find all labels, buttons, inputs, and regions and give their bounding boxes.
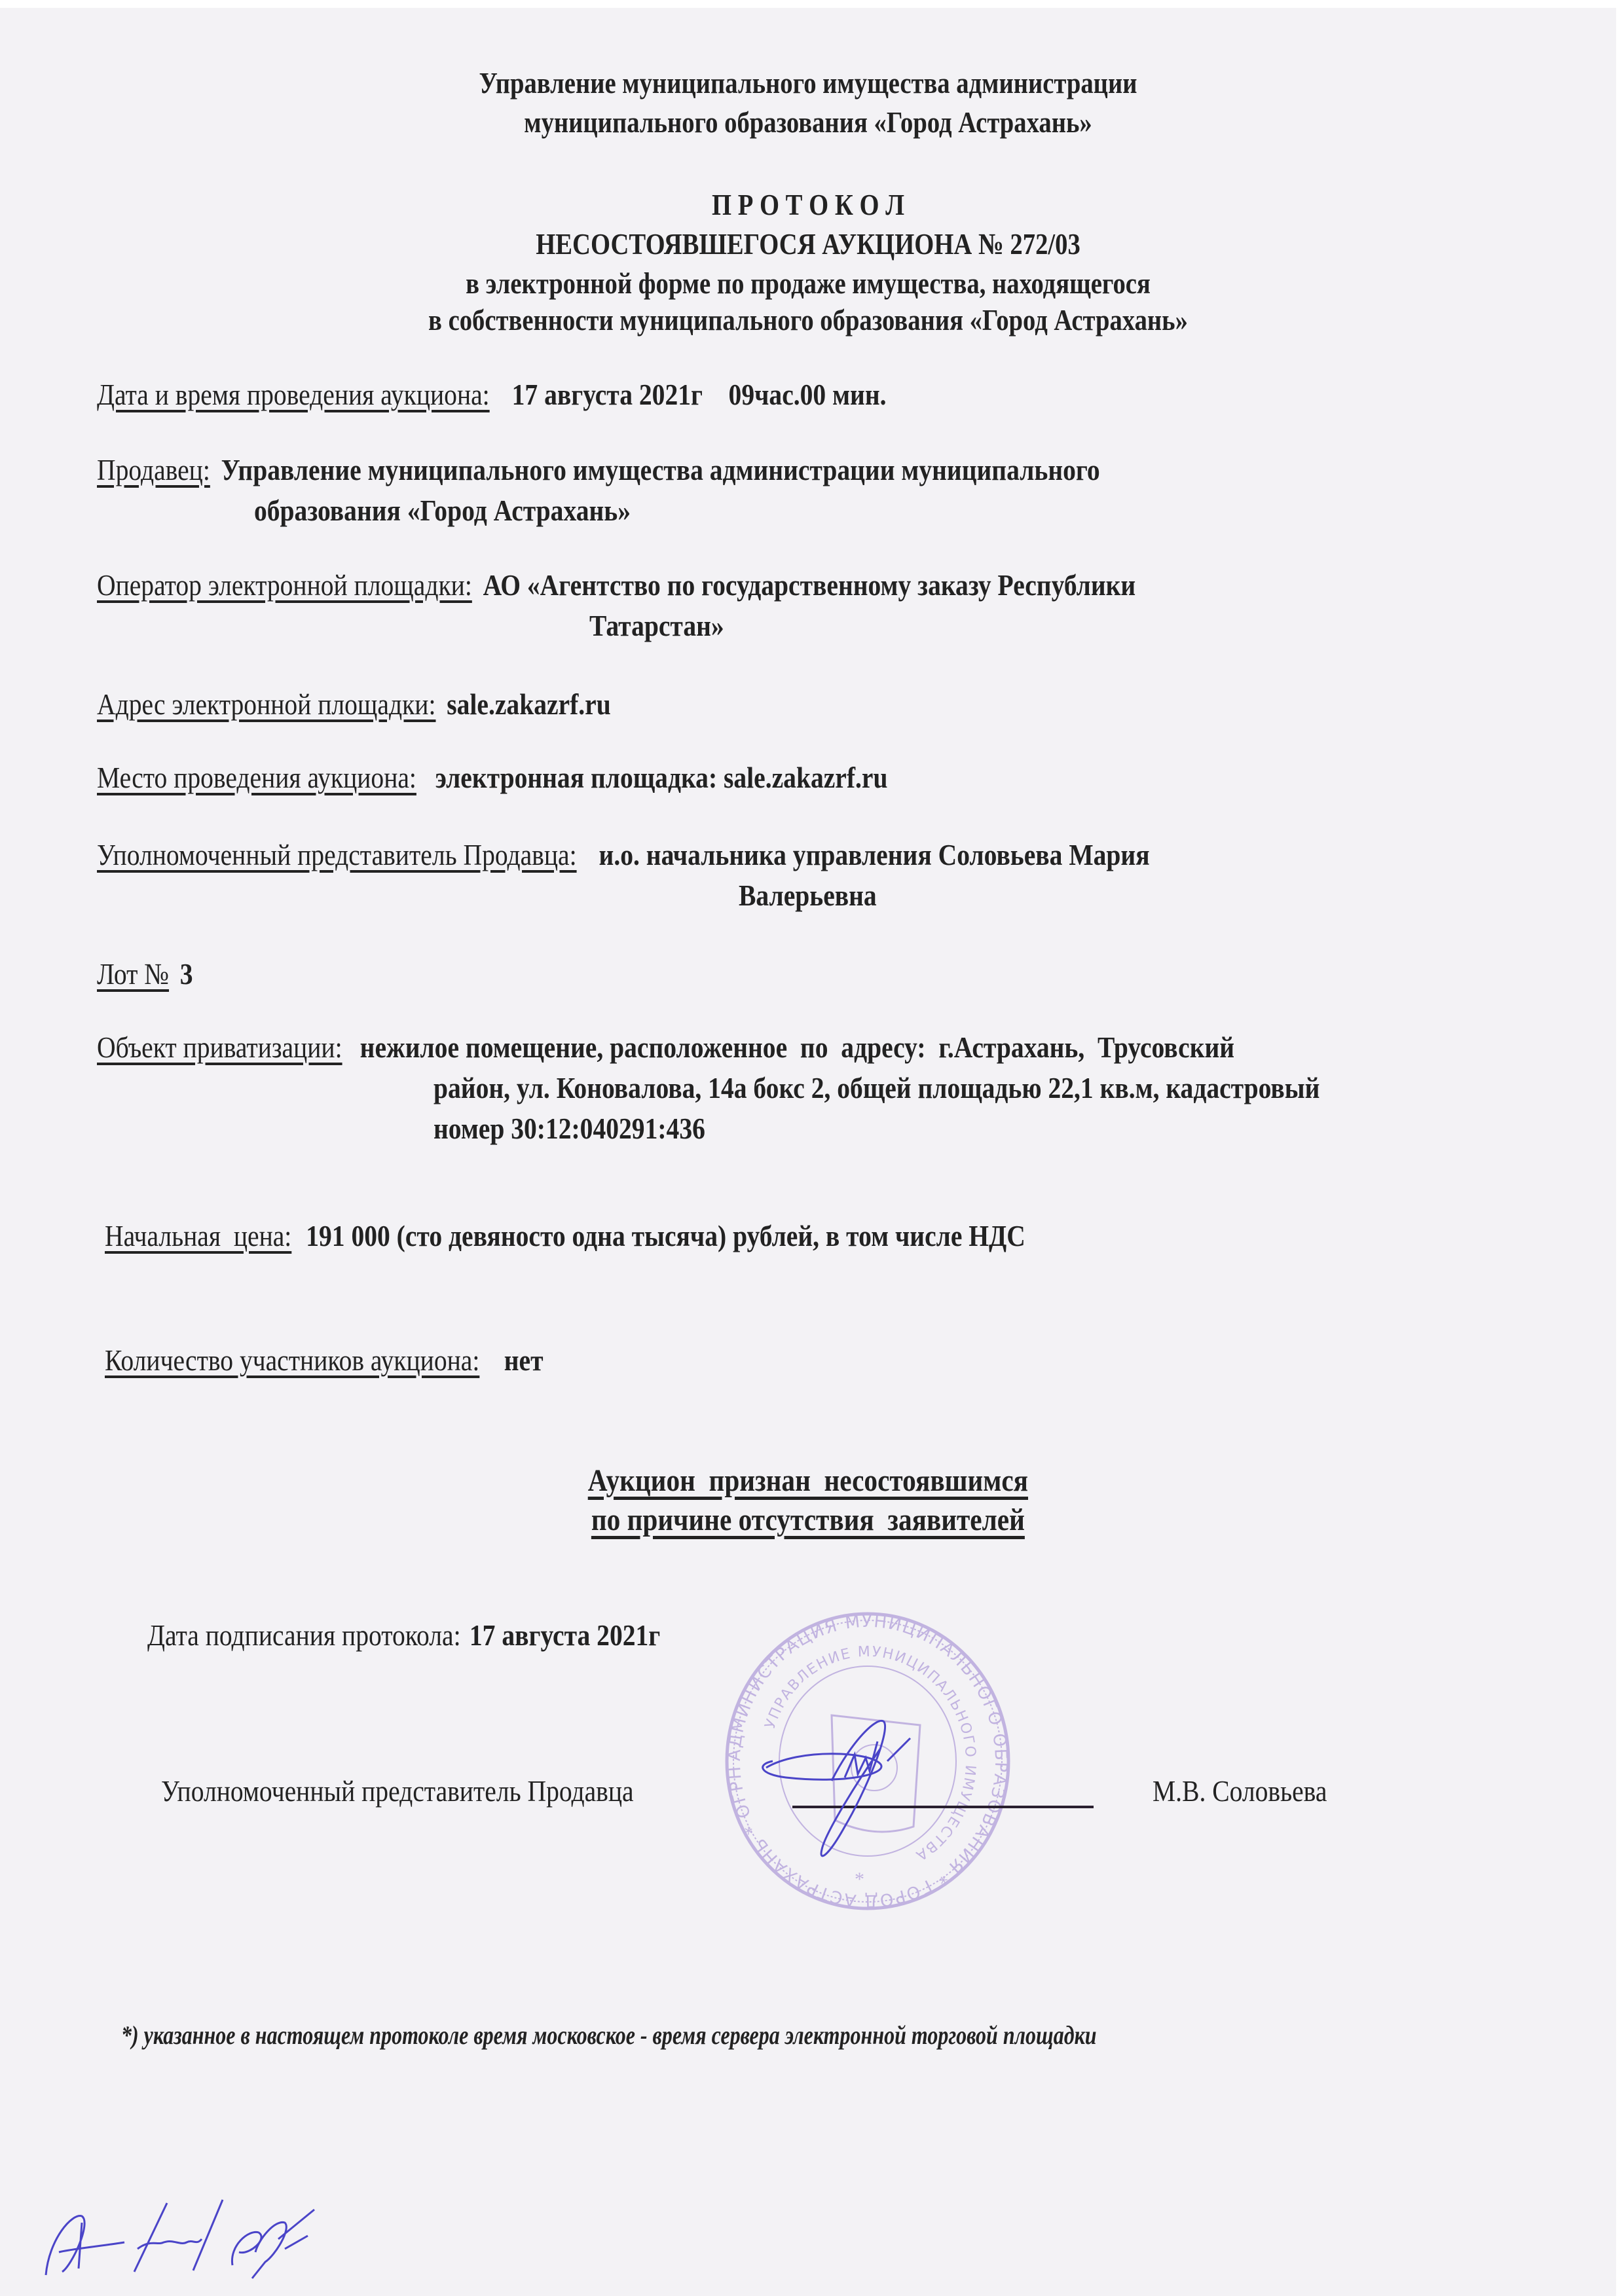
representative-signature-label: Уполномоченный представитель Продавца bbox=[161, 1774, 634, 1808]
field-platform-operator: Оператор электронной площадки: АО «Агент… bbox=[97, 567, 1135, 604]
participants-count-value: нет bbox=[504, 1343, 544, 1377]
org-line-1: Управление муниципального имущества адми… bbox=[129, 65, 1486, 101]
auction-datetime-label: Дата и время проведения аукциона: bbox=[97, 378, 490, 411]
signer-name: М.В. Соловьева bbox=[1153, 1773, 1327, 1810]
verdict-line-1: Аукцион признан несостоявшимся bbox=[0, 1460, 1616, 1502]
field-platform-address: Адрес электронной площадки: sale.zakazrf… bbox=[97, 686, 611, 723]
field-auction-place: Место проведения аукциона: электронная п… bbox=[97, 759, 887, 796]
lot-value: 3 bbox=[180, 957, 193, 991]
document-header: Управление муниципального имущества адми… bbox=[0, 65, 1616, 338]
seller-label: Продавец: bbox=[97, 453, 210, 486]
auction-place-label: Место проведения аукциона: bbox=[97, 761, 416, 794]
platform-address-value: sale.zakazrf.ru bbox=[447, 687, 610, 721]
starting-price-label: Начальная цена: bbox=[105, 1219, 291, 1252]
field-participants-count: Количество участников аукциона: нет bbox=[105, 1342, 544, 1379]
footnote: *) указанное в настоящем протоколе время… bbox=[121, 2020, 1097, 2050]
subtitle-line-1: в электронной форме по продаже имущества… bbox=[129, 266, 1486, 301]
privatization-object-value-line-1: нежилое помещение, расположенное по адре… bbox=[360, 1030, 1234, 1064]
platform-address-label: Адрес электронной площадки: bbox=[97, 687, 435, 721]
committee-signatures-icon bbox=[33, 2193, 386, 2285]
document-page bbox=[0, 8, 1616, 2296]
seller-value-line-2: образования «Город Астрахань» bbox=[254, 492, 631, 529]
signature-block: Уполномоченный представитель Продавца bbox=[161, 1773, 634, 1810]
platform-operator-value-line-1: АО «Агентство по государственному заказу… bbox=[483, 568, 1136, 602]
representative-value-line-2: Валерьевна bbox=[739, 877, 877, 914]
field-auction-datetime: Дата и время проведения аукциона: 17 авг… bbox=[97, 376, 887, 413]
handwritten-signature-icon bbox=[747, 1702, 930, 1866]
starting-price-value: 191 000 (сто девяносто одна тысяча) рубл… bbox=[306, 1219, 1025, 1252]
seller-value-line-1: Управление муниципального имущества адми… bbox=[221, 453, 1100, 486]
privatization-object-value-line-3: номер 30:12:040291:436 bbox=[434, 1110, 705, 1147]
svg-text:*: * bbox=[855, 1868, 864, 1890]
field-seller: Продавец: Управление муниципального имущ… bbox=[97, 452, 1100, 488]
subtitle-line-2: в собственности муниципального образован… bbox=[129, 302, 1486, 338]
org-line-2: муниципального образования «Город Астрах… bbox=[129, 105, 1486, 140]
privatization-object-value-line-2: район, ул. Коновалова, 14а бокс 2, общей… bbox=[434, 1070, 1319, 1106]
auction-datetime-value: 17 августа 2021г 09час.00 мин. bbox=[512, 378, 887, 411]
auction-place-value: электронная площадка: sale.zakazrf.ru bbox=[435, 761, 888, 794]
lot-label: Лот № bbox=[97, 957, 169, 991]
document-title: НЕСОСТОЯВШЕГОСЯ АУКЦИОНА № 272/03 bbox=[129, 227, 1486, 262]
field-authorized-representative: Уполномоченный представитель Продавца: и… bbox=[97, 837, 1150, 873]
signing-date: Дата подписания протокола: 17 августа 20… bbox=[147, 1617, 660, 1654]
signing-date-value: 17 августа 2021г bbox=[470, 1618, 660, 1652]
participants-count-label: Количество участников аукциона: bbox=[105, 1343, 479, 1377]
platform-operator-value-line-2: Татарстан» bbox=[589, 608, 724, 644]
verdict-line-2: по причине отсутствия заявителей bbox=[0, 1499, 1616, 1541]
field-privatization-object: Объект приватизации: нежилое помещение, … bbox=[97, 1029, 1234, 1066]
representative-label: Уполномоченный представитель Продавца: bbox=[97, 838, 577, 871]
representative-value-line-1: и.о. начальника управления Соловьева Мар… bbox=[599, 838, 1150, 871]
signing-date-label: Дата подписания протокола: bbox=[147, 1618, 461, 1652]
doc-type: П Р О Т О К О Л bbox=[129, 187, 1486, 223]
privatization-object-label: Объект приватизации: bbox=[97, 1030, 342, 1064]
field-starting-price: Начальная цена: 191 000 (сто девяносто о… bbox=[105, 1218, 1025, 1254]
field-lot: Лот № 3 bbox=[97, 956, 193, 993]
platform-operator-label: Оператор электронной площадки: bbox=[97, 568, 472, 602]
